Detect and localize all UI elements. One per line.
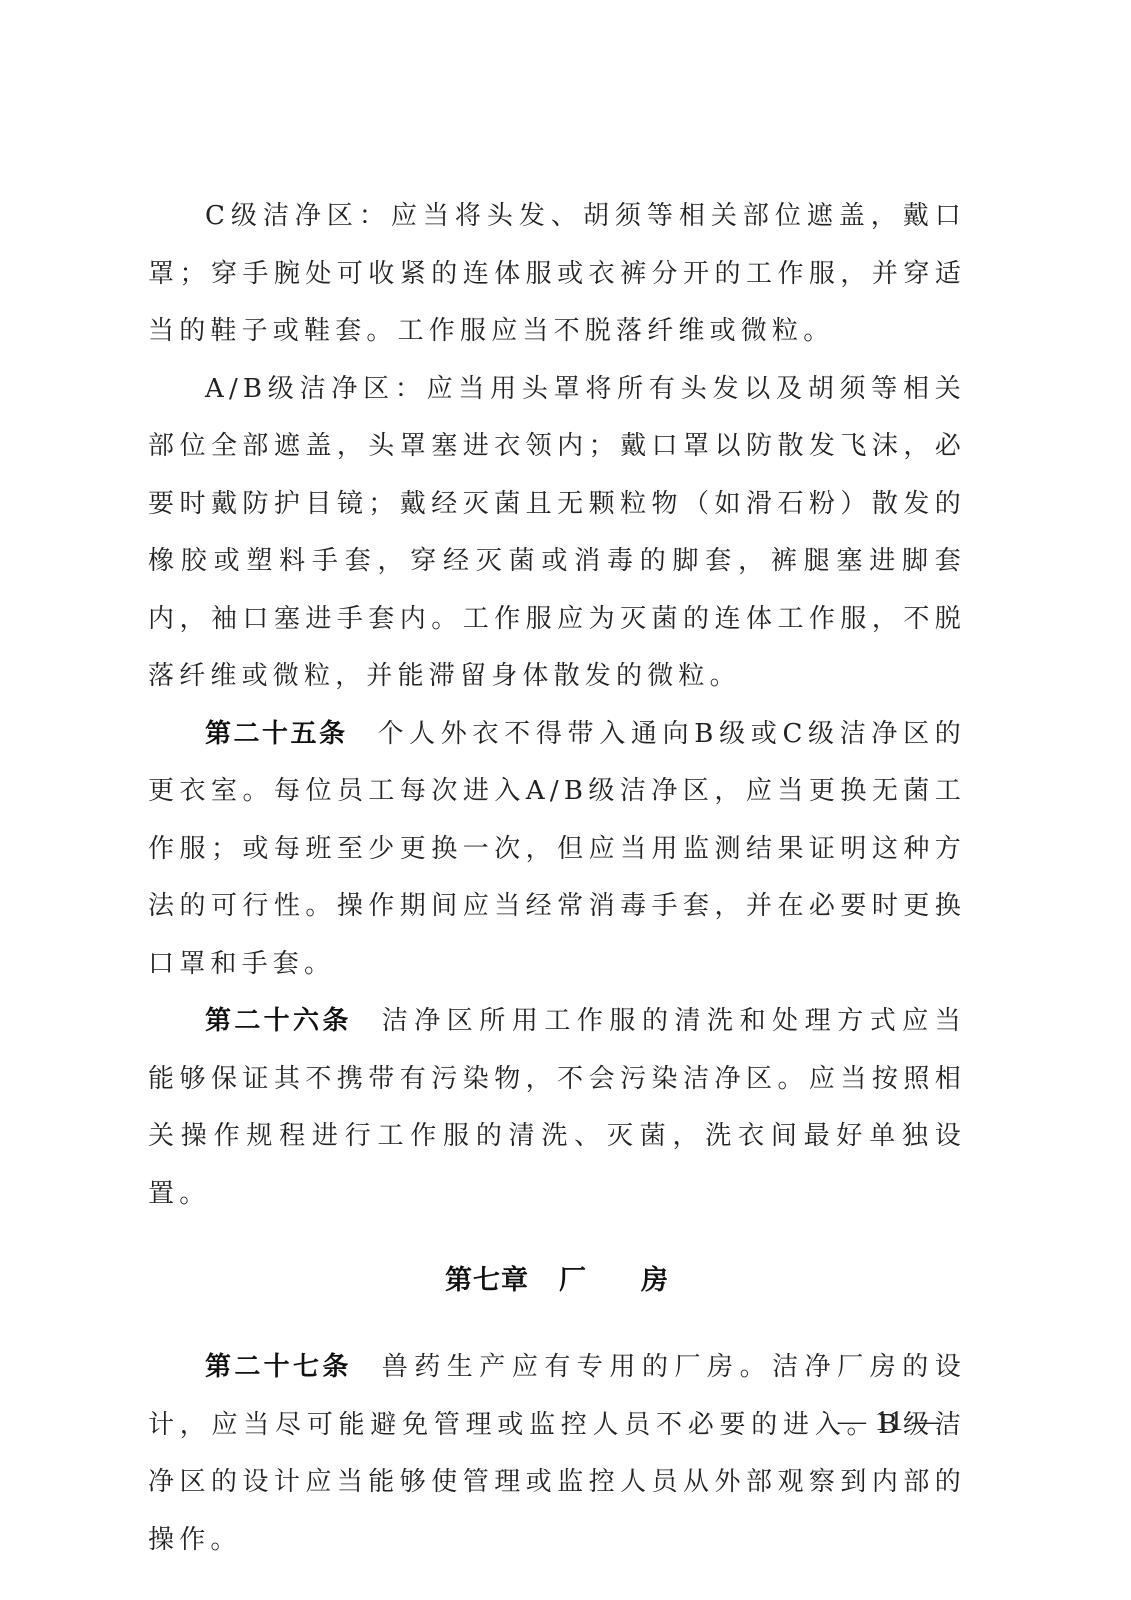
document-body: C级洁净区：应当将头发、胡须等相关部位遮盖，戴口罩；穿手腕处可收紧的连体服或衣裤… xyxy=(148,188,966,1569)
paragraph-text: C级洁净区：应当将头发、胡须等相关部位遮盖，戴口罩；穿手腕处可收紧的连体服或衣裤… xyxy=(148,201,966,346)
article-27: 第二十七条兽药生产应有专用的厂房。洁净厂房的设计，应当尽可能避免管理或监控人员不… xyxy=(148,1339,966,1569)
paragraph-text: 兽药生产应有专用的厂房。洁净厂房的设计，应当尽可能避免管理或监控人员不必要的进入… xyxy=(148,1352,966,1555)
paragraph-text: 洁净区所用工作服的清洗和处理方式应当能够保证其不携带有污染物，不会污染洁净区。应… xyxy=(148,1006,966,1209)
chapter-number: 第七章 xyxy=(445,1265,529,1296)
chapter-title-char-2: 房 xyxy=(641,1265,669,1296)
article-number: 第二十六条 xyxy=(205,1006,352,1036)
page-number: — 11 — xyxy=(838,1406,941,1438)
chapter-heading: 第七章厂房 xyxy=(148,1223,966,1339)
chapter-title-char-1: 厂 xyxy=(559,1265,587,1296)
article-number: 第二十七条 xyxy=(205,1352,352,1382)
paragraph-ab-grade: A/B级洁净区：应当用头罩将所有头发以及胡须等相关部位全部遮盖，头罩塞进衣领内；… xyxy=(148,361,966,706)
paragraph-text: A/B级洁净区：应当用头罩将所有头发以及胡须等相关部位全部遮盖，头罩塞进衣领内；… xyxy=(148,374,966,692)
paragraph-text: 个人外衣不得带入通向B级或C级洁净区的更衣室。每位员工每次进入A/B级洁净区，应… xyxy=(148,719,966,979)
article-26: 第二十六条洁净区所用工作服的清洗和处理方式应当能够保证其不携带有污染物，不会污染… xyxy=(148,993,966,1223)
paragraph-c-grade: C级洁净区：应当将头发、胡须等相关部位遮盖，戴口罩；穿手腕处可收紧的连体服或衣裤… xyxy=(148,188,966,361)
article-number: 第二十五条 xyxy=(205,719,347,749)
article-25: 第二十五条个人外衣不得带入通向B级或C级洁净区的更衣室。每位员工每次进入A/B级… xyxy=(148,706,966,994)
